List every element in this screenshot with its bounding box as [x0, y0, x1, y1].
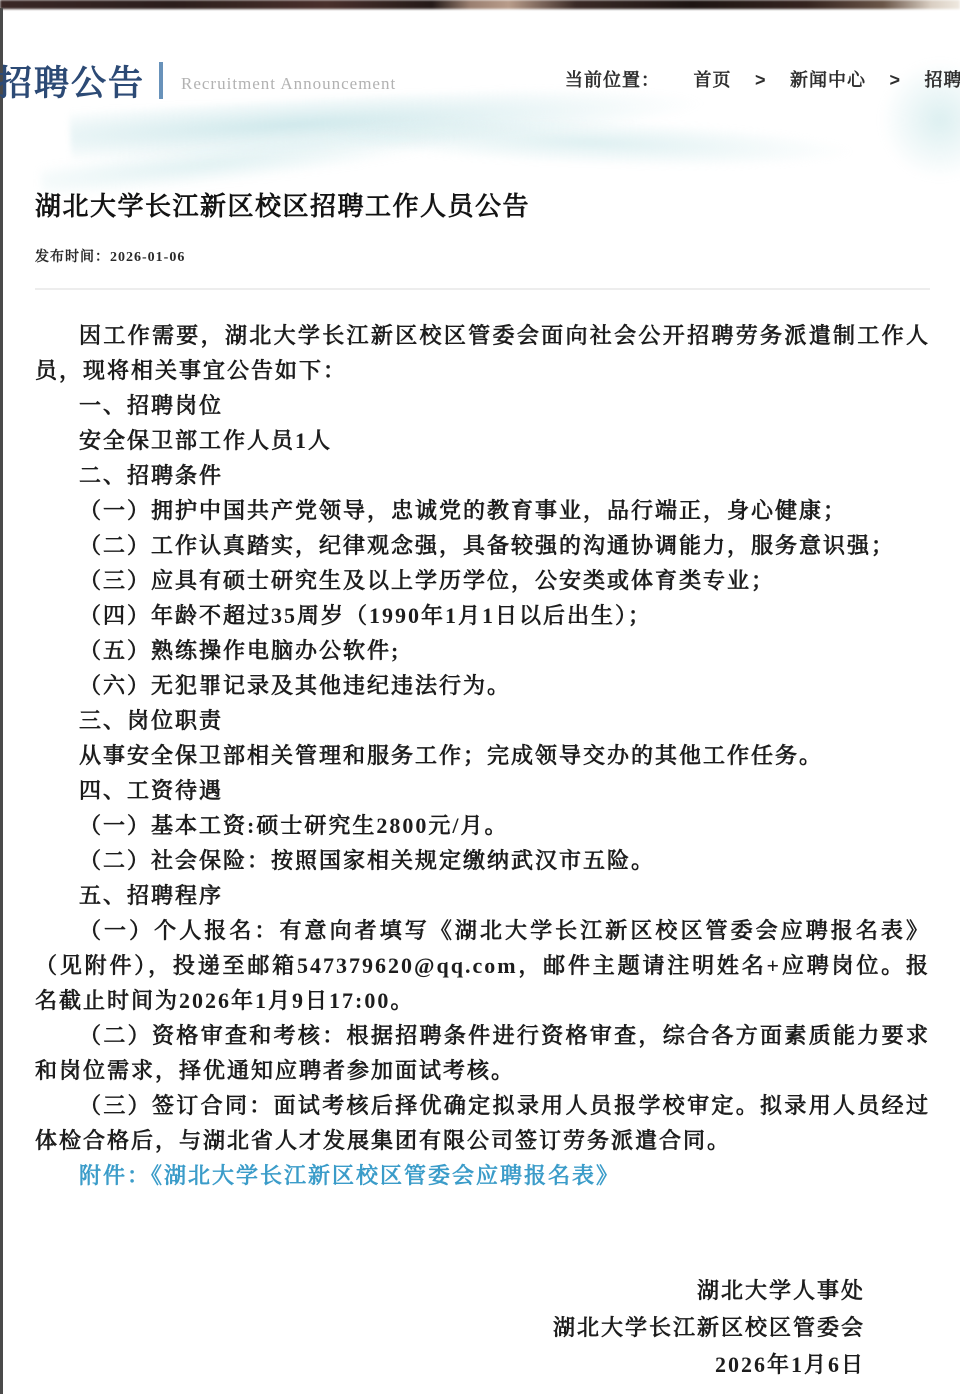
paragraph: （二）工作认真踏实，纪律观念强，具备较强的沟通协调能力，服务意识强；	[35, 528, 930, 563]
breadcrumb-item-home[interactable]: 首页	[694, 70, 732, 90]
signature-committee: 湖北大学长江新区校区管委会	[553, 1309, 865, 1346]
breadcrumb-separator-icon: >	[755, 70, 767, 90]
paragraph: （一）基本工资:硕士研究生2800元/月。	[35, 808, 930, 843]
page: 招聘公告 Recruitment Announcement 当前位置： 首页 >…	[0, 0, 960, 1394]
banner-divider-bar	[159, 62, 163, 99]
page-title: 湖北大学长江新区校区招聘工作人员公告	[35, 186, 530, 223]
paragraph: （五）熟练操作电脑办公软件;	[35, 633, 930, 668]
wave-decoration	[329, 111, 850, 174]
section-subtitle: Recruitment Announcement	[181, 74, 396, 94]
publish-time: 发布时间：2026-01-06	[35, 246, 185, 266]
paragraph: （三）签订合同：面试考核后择优确定拟录用人员报学校审定。拟录用人员经过体检合格后…	[35, 1088, 930, 1158]
section-title: 招聘公告	[0, 56, 145, 106]
paragraph: （二）社会保险：按照国家相关规定缴纳武汉市五险。	[35, 843, 930, 878]
paragraph: 从事安全保卫部相关管理和服务工作；完成领导交办的其他工作任务。	[35, 738, 930, 773]
page-left-edge-line	[0, 8, 3, 1394]
attachment-link[interactable]: 《湖北大学长江新区校区管委会应聘报名表》	[151, 1163, 620, 1188]
paragraph: （二）资格审查和考核：根据招聘条件进行资格审查，综合各方面素质能力要求和岗位需求…	[35, 1018, 930, 1088]
paragraph-section-3: 三、岗位职责	[35, 703, 930, 738]
paragraph-section-4: 四、工资待遇	[35, 773, 930, 808]
banner: 招聘公告 Recruitment Announcement 当前位置： 首页 >…	[0, 0, 960, 170]
signature-block: 湖北大学人事处 湖北大学长江新区校区管委会 2026年1月6日	[553, 1272, 865, 1383]
article-body: 因工作需要，湖北大学长江新区校区管委会面向社会公开招聘劳务派遣制工作人员，现将相…	[35, 318, 930, 1193]
publish-time-value: 2026-01-06	[110, 250, 185, 265]
paragraph: 因工作需要，湖北大学长江新区校区管委会面向社会公开招聘劳务派遣制工作人员，现将相…	[35, 318, 930, 388]
paragraph: （四）年龄不超过35周岁（1990年1月1日以后出生）；	[35, 598, 930, 633]
paragraph: 安全保卫部工作人员1人	[35, 423, 930, 458]
breadcrumb-separator-icon: >	[890, 70, 902, 90]
paragraph: （一）拥护中国共产党领导，忠诚党的教育事业，品行端正，身心健康；	[35, 493, 930, 528]
signature-department: 湖北大学人事处	[553, 1272, 865, 1309]
breadcrumb-item-recruitment[interactable]: 招聘公告	[925, 70, 960, 90]
breadcrumb-item-news-center[interactable]: 新闻中心	[790, 70, 866, 90]
paragraph: （一）个人报名：有意向者填写《湖北大学长江新区校区管委会应聘报名表》（见附件），…	[35, 913, 930, 1018]
paragraph-section-1: 一、招聘岗位	[35, 388, 930, 423]
attachment-line: 附件：《湖北大学长江新区校区管委会应聘报名表》	[35, 1158, 930, 1193]
paragraph-section-5: 五、招聘程序	[35, 878, 930, 913]
paragraph: （六）无犯罪记录及其他违纪违法行为。	[35, 668, 930, 703]
signature-date: 2026年1月6日	[553, 1346, 865, 1383]
attachment-label: 附件：	[79, 1163, 151, 1188]
paragraph: （三）应具有硕士研究生及以上学历学位，公安类或体育类专业；	[35, 563, 930, 598]
breadcrumb-label: 当前位置：	[565, 70, 660, 90]
paragraph-section-2: 二、招聘条件	[35, 458, 930, 493]
header-divider	[35, 288, 930, 290]
breadcrumb: 当前位置： 首页 > 新闻中心 > 招聘公告	[565, 66, 960, 92]
publish-time-label: 发布时间：	[35, 250, 110, 265]
